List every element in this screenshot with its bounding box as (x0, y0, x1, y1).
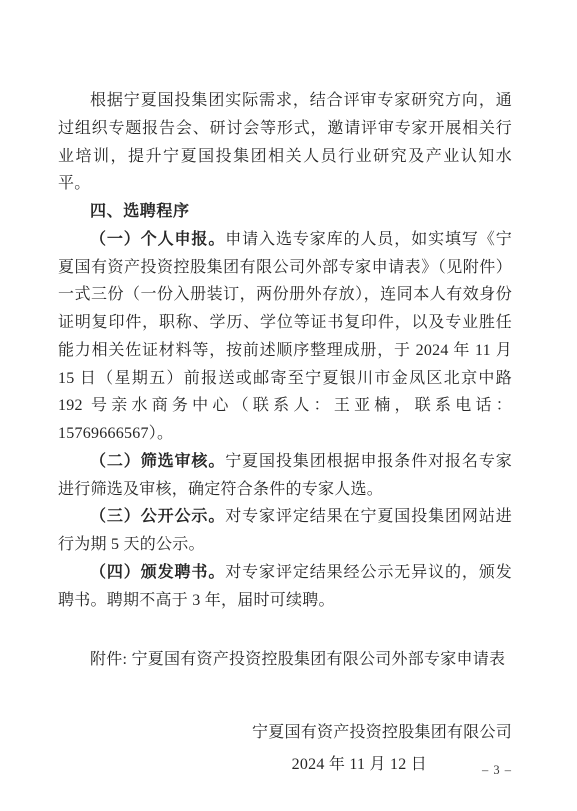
signature-company: 宁夏国有资产投资控股集团有限公司 (58, 717, 512, 749)
item-paragraph-3: （三）公开公示。对专家评定结果在宁夏国投集团网站进行为期 5 天的公示。 (58, 503, 512, 559)
page-number: – 3 – (482, 763, 512, 778)
signature-block: 宁夏国有资产投资控股集团有限公司 2024 年 11 月 12 日 (58, 717, 512, 781)
item-lead-1: （一）个人申报。 (90, 231, 225, 248)
item-text-1: 申请入选专家库的人员，如实填写《宁夏国有资产投资控股集团有限公司外部专家申请表》… (58, 231, 512, 442)
document-body: 根据宁夏国投集团实际需求，结合评审专家研究方向，通过组织专题报告会、研讨会等形式… (58, 87, 512, 781)
item-lead-3: （三）公开公示。 (90, 508, 225, 525)
item-paragraph-1: （一）个人申报。申请入选专家库的人员，如实填写《宁夏国有资产投资控股集团有限公司… (58, 226, 512, 448)
attachment-line: 附件: 宁夏国有资产投资控股集团有限公司外部专家申请表 (58, 646, 512, 674)
document-page: 根据宁夏国投集团实际需求，结合评审专家研究方向，通过组织专题报告会、研讨会等形式… (0, 0, 577, 811)
signature-date: 2024 年 11 月 12 日 (58, 749, 512, 781)
item-paragraph-4: （四）颁发聘书。对专家评定结果经公示无异议的，颁发聘书。聘期不高于 3 年，届时… (58, 559, 512, 615)
item-lead-2: （二）筛选审核。 (90, 453, 225, 470)
item-lead-4: （四）颁发聘书。 (90, 564, 225, 581)
item-paragraph-2: （二）筛选审核。宁夏国投集团根据申报条件对报名专家进行筛选及审核，确定符合条件的… (58, 448, 512, 504)
section-heading: 四、选聘程序 (58, 198, 512, 226)
intro-paragraph: 根据宁夏国投集团实际需求，结合评审专家研究方向，通过组织专题报告会、研讨会等形式… (58, 87, 512, 198)
